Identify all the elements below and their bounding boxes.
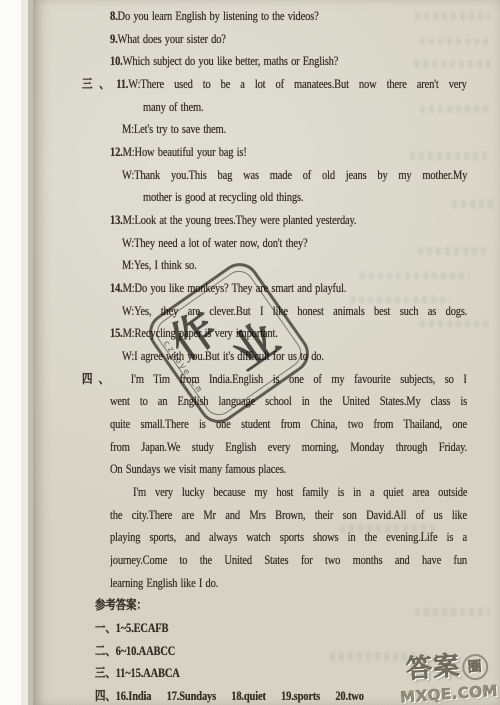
- line-number-prefix: 一、: [95, 621, 116, 635]
- line-number-prefix: 12.: [110, 145, 123, 159]
- logo-title: 答案圈: [398, 651, 498, 686]
- script-line: many of them.: [143, 96, 443, 119]
- script-line: went to an English language school in th…: [110, 390, 467, 413]
- script-line: 8.Do you learn English by listening to t…: [110, 5, 438, 28]
- answer-line: 参考答案：: [95, 594, 435, 617]
- answer-line: 二、6~10.AABCC: [95, 640, 435, 663]
- line-text: On Sundays we visit many famous places.: [110, 462, 286, 476]
- script-line: playing sports, and always watch sports …: [110, 526, 467, 549]
- line-text: went to an English language school in th…: [110, 394, 467, 408]
- line-text: 参考答案：: [95, 598, 147, 612]
- script-line: 三、11.W:There used to be a lot of manatee…: [82, 73, 467, 96]
- line-text: journey.Come to the United States for tw…: [110, 553, 467, 567]
- line-text: M:Yes, I think so.: [122, 258, 197, 272]
- script-line: M:Yes, I think so.: [122, 254, 440, 277]
- line-text: learning English like I do.: [110, 576, 218, 590]
- line-number-prefix: 三、: [95, 666, 116, 680]
- line-text: playing sports, and always watch sports …: [110, 530, 467, 544]
- line-number-prefix: 四、: [95, 689, 116, 703]
- line-text: I'm very lucky because my host family is…: [133, 485, 467, 499]
- line-number-prefix: 9.: [110, 32, 118, 46]
- line-text: 11~15.AABCA: [116, 666, 180, 680]
- scanned-page: 8.Do you learn English by listening to t…: [0, 0, 500, 705]
- script-line: journey.Come to the United States for tw…: [110, 549, 467, 572]
- line-text: 1~5.ECAFB: [116, 621, 169, 635]
- line-number-prefix: 二、: [95, 644, 116, 658]
- script-line: I'm very lucky because my host family is…: [133, 481, 467, 504]
- line-text: W:They need a lot of water now, don't th…: [122, 236, 307, 250]
- script-line: learning English like I do.: [110, 572, 438, 595]
- script-line: the city.There are Mr and Mrs Brown, the…: [110, 504, 467, 527]
- script-line: On Sundays we visit many famous places.: [110, 458, 438, 481]
- script-line: W:They need a lot of water now, don't th…: [122, 232, 440, 255]
- script-line: from Japan.We study English every mornin…: [110, 436, 467, 459]
- site-logo: 答案圈 MXQE.COM: [398, 651, 499, 705]
- script-line: 13.M:Look at the young trees.They were p…: [110, 209, 438, 232]
- script-line: 9.What does your sister do?: [110, 28, 438, 51]
- line-text: What does your sister do?: [118, 32, 226, 46]
- line-text: quite small.There is one student from Ch…: [110, 417, 467, 431]
- line-text: W:Thank you.This bag was made of old jea…: [122, 168, 467, 182]
- script-line: mother is good at recycling old things.: [143, 186, 443, 209]
- line-number-prefix: 15.: [110, 326, 123, 340]
- line-text: many of them.: [143, 100, 203, 114]
- line-number-prefix: 四、: [82, 372, 115, 386]
- line-number-prefix: 14.: [110, 281, 123, 295]
- script-line: 10.Which subject do you like better, mat…: [110, 50, 438, 73]
- line-text: M:Look at the young trees.They were plan…: [123, 213, 357, 227]
- line-number-prefix: 三、11.: [82, 77, 128, 91]
- answer-line: 四、16.India 17.Sundays 18.quiet 19.sports…: [95, 685, 435, 705]
- line-text: the city.There are Mr and Mrs Brown, the…: [110, 508, 467, 522]
- line-number-prefix: 8.: [110, 9, 118, 23]
- line-text: Do you learn English by listening to the…: [118, 9, 319, 23]
- line-number-prefix: 10.: [110, 54, 123, 68]
- script-line: M:Let's try to save them.: [122, 118, 440, 141]
- line-text: 16.India 17.Sundays 18.quiet 19.sports 2…: [116, 689, 364, 703]
- logo-title-text: 答案: [405, 651, 461, 685]
- line-text: M:How beautiful your bag is!: [123, 145, 247, 159]
- answer-line: 三、11~15.AABCA: [95, 662, 435, 685]
- script-line: W:Thank you.This bag was made of old jea…: [122, 164, 467, 187]
- script-line: quite small.There is one student from Ch…: [110, 413, 467, 436]
- logo-circle-icon: 圈: [461, 653, 489, 681]
- answer-line: 一、1~5.ECAFB: [95, 617, 435, 640]
- line-number-prefix: 13.: [110, 213, 123, 227]
- line-text: 6~10.AABCC: [116, 644, 175, 658]
- script-line: 12.M:How beautiful your bag is!: [110, 141, 438, 164]
- line-text: Which subject do you like better, maths …: [123, 54, 339, 68]
- line-text: mother is good at recycling old things.: [143, 190, 303, 204]
- line-text: M:Let's try to save them.: [122, 122, 226, 136]
- line-text: from Japan.We study English every mornin…: [110, 440, 467, 454]
- line-text: W:There used to be a lot of manatees.But…: [128, 77, 466, 91]
